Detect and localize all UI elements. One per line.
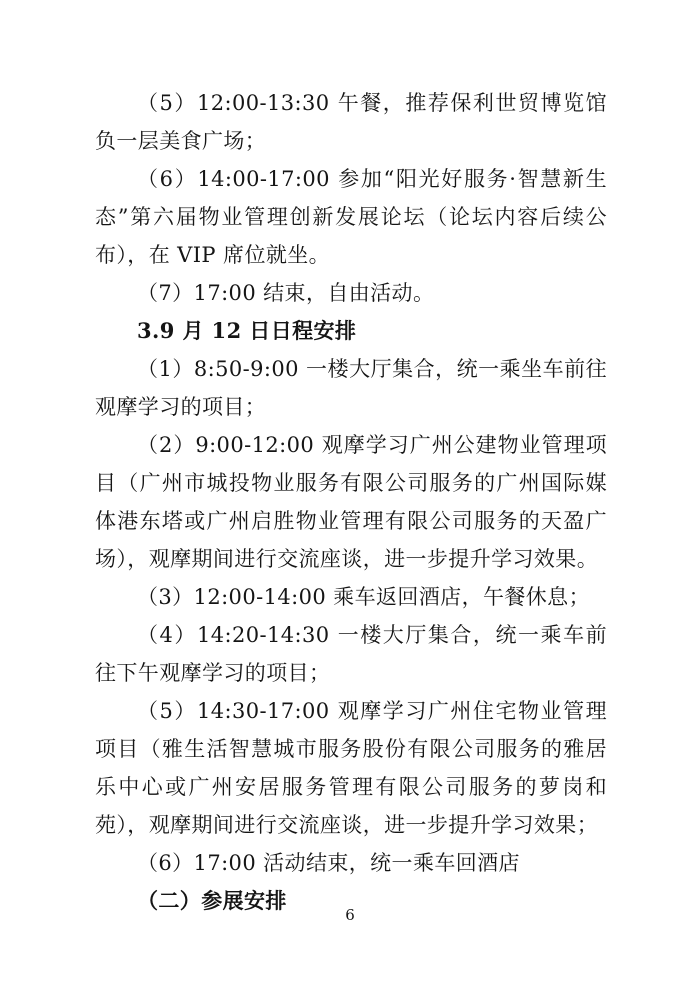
day3-schedule-item-2: （2）9:00-12:00 观摩学习广州公建物业管理项目（广州市城投物业服务有限… xyxy=(95,426,607,578)
day3-schedule-item-6: （6）17:00 活动结束，统一乘车回酒店 xyxy=(95,844,607,882)
day2-schedule-item-6: （6）14:00-17:00 参加“阳光好服务·智慧新生态”第六届物业管理创新发… xyxy=(95,160,607,274)
document-page: （5）12:00-13:30 午餐，推荐保利世贸博览馆负一层美食广场； （6）1… xyxy=(0,0,700,990)
day2-schedule-item-7: （7）17:00 结束，自由活动。 xyxy=(95,274,607,312)
day3-schedule-item-4: （4）14:20-14:30 一楼大厅集合，统一乘车前往下午观摩学习的项目； xyxy=(95,616,607,692)
day3-schedule-item-3: （3）12:00-14:00 乘车返回酒店，午餐休息； xyxy=(95,578,607,616)
day2-schedule-item-5: （5）12:00-13:30 午餐，推荐保利世贸博览馆负一层美食广场； xyxy=(95,84,607,160)
day3-schedule-item-1: （1）8:50-9:00 一楼大厅集合，统一乘坐车前往观摩学习的项目； xyxy=(95,350,607,426)
day3-schedule-heading: 3.9 月 12 日日程安排 xyxy=(95,312,607,350)
day3-schedule-item-5: （5）14:30-17:00 观摩学习广州住宅物业管理项目（雅生活智慧城市服务股… xyxy=(95,692,607,844)
document-body: （5）12:00-13:30 午餐，推荐保利世贸博览馆负一层美食广场； （6）1… xyxy=(95,84,607,920)
page-number: 6 xyxy=(0,906,700,924)
